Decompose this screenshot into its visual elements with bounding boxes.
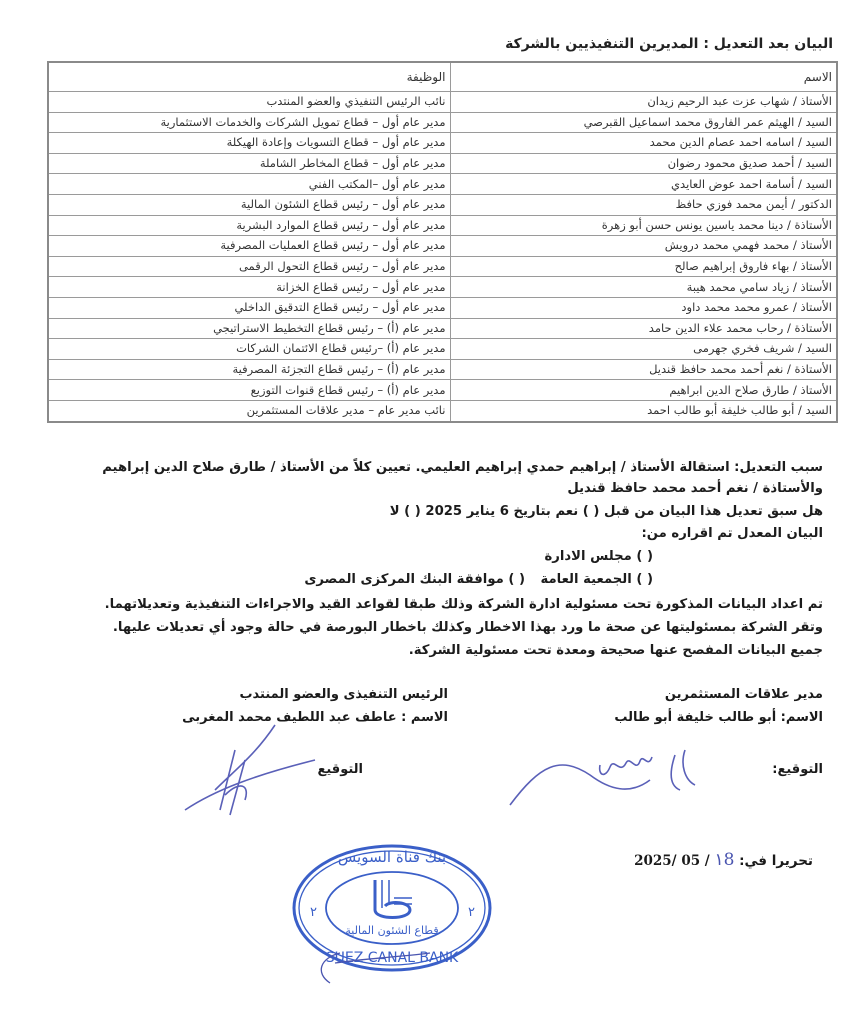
option-central-bank: ( ) موافقة البنك المركزى المصرى xyxy=(304,572,525,587)
executive-role: مدير عام أول – رئيس قطاع الموارد البشرية xyxy=(48,215,450,236)
executive-role: مدير عام أول – قطاع تمويل الشركات والخدم… xyxy=(48,112,450,133)
document-title: البيان بعد التعديل : المديرين التنفيذيين… xyxy=(505,36,833,52)
executives-table: الاسم الوظيفة الأستاذ / شهاب عزت عبد الر… xyxy=(47,61,838,423)
svg-text:SUEZ CANAL BANK: SUEZ CANAL BANK xyxy=(326,950,459,966)
executive-name: الأستاذة / دينا محمد ياسين يونس حسن أبو … xyxy=(450,215,837,236)
table-row: السيد / أحمد صديق محمود رضوانمدير عام أو… xyxy=(48,153,837,174)
executive-role: مدير عام (أ) –رئيس قطاع الائتمان الشركات xyxy=(48,339,450,360)
table-row: السيد / أسامة احمد عوض العايديمدير عام أ… xyxy=(48,174,837,195)
table-row: الأستاذ / طارق صلاح الدين ابراهيممدير عا… xyxy=(48,380,837,401)
executive-role: نائب مدير عام – مدير علاقات المستثمرين xyxy=(48,400,450,421)
option-board: ( ) مجلس الادارة xyxy=(544,549,653,564)
executive-name: السيد / أسامة احمد عوض العايدي xyxy=(450,174,837,195)
table-row: الأستاذ / عمرو محمد محمد داودمدير عام أو… xyxy=(48,297,837,318)
table-row: الأستاذ / محمد فهمي محمد درويشمدير عام أ… xyxy=(48,236,837,257)
executive-role: مدير عام أول – رئيس قطاع العمليات المصرف… xyxy=(48,236,450,257)
table-row: الأستاذة / دينا محمد ياسين يونس حسن أبو … xyxy=(48,215,837,236)
svg-text:٢: ٢ xyxy=(468,905,475,920)
reason-line-1: سبب التعديل: استقالة الأستاذ / إبراهيم ح… xyxy=(102,460,823,475)
reason-line-2: والأستاذة / نغم أحمد محمد حافظ قنديل xyxy=(567,481,823,496)
date-label: تحريرا في: xyxy=(739,853,813,869)
table-row: الأستاذة / رحاب محمد علاء الدين حامدمدير… xyxy=(48,318,837,339)
prior-amendment-question: هل سبق تعديل هذا البيان من قبل ( ) نعم ب… xyxy=(390,504,823,519)
executive-name: الدكتور / أيمن محمد فوزي حافظ xyxy=(450,194,837,215)
table-row: السيد / اسامه احمد عصام الدين محمدمدير ع… xyxy=(48,133,837,154)
executive-role: نائب الرئيس التنفيذي والعضو المنتدب xyxy=(48,92,450,113)
executive-role: مدير عام أول –المكتب الفني xyxy=(48,174,450,195)
executive-name: الأستاذة / نغم أحمد محمد حافظ قنديل xyxy=(450,359,837,380)
svg-text:قطاع الشئون المالية: قطاع الشئون المالية xyxy=(345,924,438,937)
executive-name: السيد / شريف فخري جهرمى xyxy=(450,339,837,360)
date-line: تحريرا في: ١8 / 05 /2025 xyxy=(634,850,813,870)
svg-text:٢: ٢ xyxy=(310,905,317,920)
right-signature-icon xyxy=(480,735,710,815)
option-general-assembly: ( ) الجمعية العامة xyxy=(541,572,654,587)
executive-role: مدير عام (أ) – رئيس قطاع قنوات التوزيع xyxy=(48,380,450,401)
executive-role: مدير عام أول – رئيس قطاع الشئون المالية xyxy=(48,194,450,215)
table-row: الدكتور / أيمن محمد فوزي حافظمدير عام أو… xyxy=(48,194,837,215)
executive-name: السيد / اسامه احمد عصام الدين محمد xyxy=(450,133,837,154)
table-row: السيد / شريف فخري جهرمىمدير عام (أ) –رئي… xyxy=(48,339,837,360)
executive-name: الأستاذة / رحاب محمد علاء الدين حامد xyxy=(450,318,837,339)
executive-name: الأستاذ / محمد فهمي محمد درويش xyxy=(450,236,837,257)
bank-stamp-icon: بنك قناة السويس قطاع الشئون المالية SUEZ… xyxy=(290,838,495,988)
executive-role: مدير عام أول – قطاع المخاطر الشاملة xyxy=(48,153,450,174)
right-signatory-name: الاسم: أبو طالب خليفة أبو طالب xyxy=(614,710,823,725)
executive-role: مدير عام أول – قطاع التسويات وإعادة الهي… xyxy=(48,133,450,154)
executive-name: الأستاذ / طارق صلاح الدين ابراهيم xyxy=(450,380,837,401)
table-row: الأستاذة / نغم أحمد محمد حافظ قنديلمدير … xyxy=(48,359,837,380)
executive-role: مدير عام (أ) – رئيس قطاع التخطيط الاسترا… xyxy=(48,318,450,339)
table-row: السيد / أبو طالب خليفة أبو طالب احمدنائب… xyxy=(48,400,837,421)
executive-name: الأستاذ / زياد سامي محمد هيبة xyxy=(450,277,837,298)
right-signature-label: التوقيع: xyxy=(772,762,823,777)
table-row: الأستاذ / بهاء فاروق إبراهيم صالحمدير عا… xyxy=(48,256,837,277)
executive-role: مدير عام أول – رئيس قطاع التدقيق الداخلي xyxy=(48,297,450,318)
executive-name: السيد / الهيثم عمر الفاروق محمد اسماعيل … xyxy=(450,112,837,133)
date-day-handwritten: ١8 xyxy=(714,850,734,870)
executive-name: الأستاذ / بهاء فاروق إبراهيم صالح xyxy=(450,256,837,277)
executive-name: السيد / أبو طالب خليفة أبو طالب احمد xyxy=(450,400,837,421)
executive-name: الأستاذ / شهاب عزت عبد الرحيم زيدان xyxy=(450,92,837,113)
executive-name: السيد / أحمد صديق محمود رضوان xyxy=(450,153,837,174)
executive-role: مدير عام أول – رئيس قطاع التحول الرقمى xyxy=(48,256,450,277)
left-signature-icon xyxy=(175,720,325,820)
header-role: الوظيفة xyxy=(48,62,450,92)
statement-1: تم اعداد البيانات المذكورة تحت مسئولية ا… xyxy=(105,597,823,612)
executive-role: مدير عام أول – رئيس قطاع الخزانة xyxy=(48,277,450,298)
table-row: الأستاذ / زياد سامي محمد هيبةمدير عام أو… xyxy=(48,277,837,298)
svg-text:بنك قناة السويس: بنك قناة السويس xyxy=(338,848,446,866)
table-row: السيد / الهيثم عمر الفاروق محمد اسماعيل … xyxy=(48,112,837,133)
executive-role: مدير عام (أ) – رئيس قطاع التجزئة المصرفي… xyxy=(48,359,450,380)
approved-by-label: البيان المعدل تم اقراره من: xyxy=(642,526,823,541)
header-name: الاسم xyxy=(450,62,837,92)
statement-2: وتقر الشركة بمسئوليتها عن صحة ما ورد بهذ… xyxy=(113,620,823,635)
left-signatory-title: الرئيس التنفيذى والعضو المنتدب xyxy=(239,687,448,702)
right-signatory-title: مدير علاقات المستثمرين xyxy=(665,687,823,702)
table-header-row: الاسم الوظيفة xyxy=(48,62,837,92)
statement-3: جميع البيانات المفصح عنها صحيحة ومعدة تح… xyxy=(409,643,823,658)
date-month-year: / 05 /2025 xyxy=(634,853,710,869)
table-row: الأستاذ / شهاب عزت عبد الرحيم زيداننائب … xyxy=(48,92,837,113)
executive-name: الأستاذ / عمرو محمد محمد داود xyxy=(450,297,837,318)
